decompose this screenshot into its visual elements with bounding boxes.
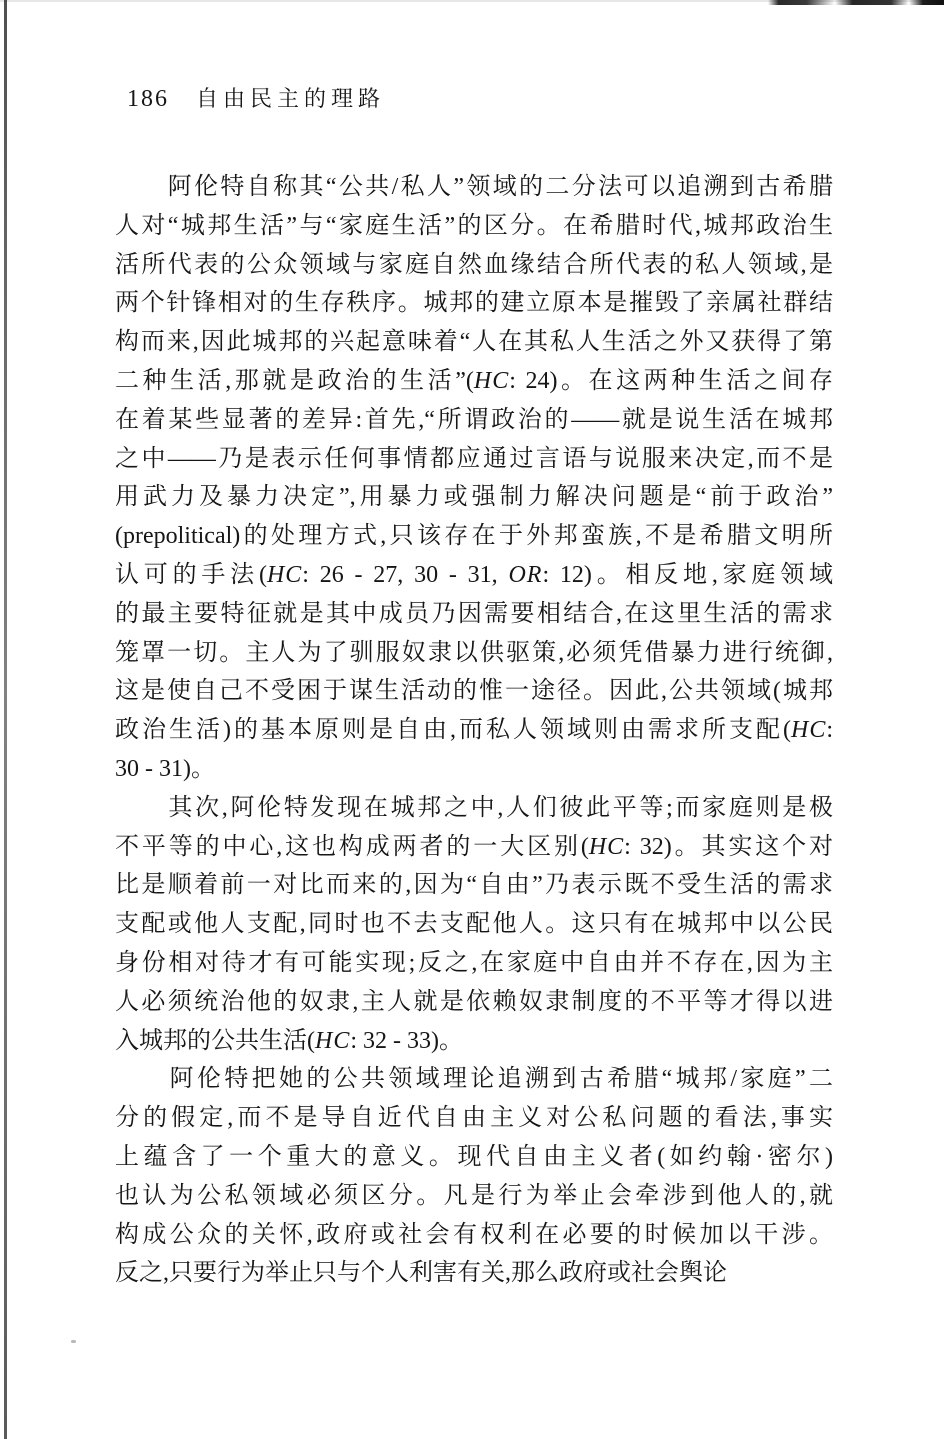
scan-smudge-top-right [768,0,944,5]
text-line: 活所代表的公众领域与家庭自然血缘结合所代表的私人领域,是 [115,246,833,285]
page-body: 阿伦特自称其“公共/私人”领域的二分法可以追溯到古希腊人对“城邦生活”与“家庭生… [115,168,833,1293]
scanned-book-page: 186 自由民主的理路 阿伦特自称其“公共/私人”领域的二分法可以追溯到古希腊人… [0,0,944,1439]
scan-speck [71,1340,76,1343]
citation-abbrev: HC [315,1028,350,1054]
text-line: 阿伦特把她的公共领域理论追溯到古希腊“城邦/家庭”二 [115,1060,833,1099]
text-line: 支配或他人支配,同时也不去支配他人。这只有在城邦中以公民 [115,905,833,944]
page-number: 186 [127,86,169,113]
text-line: 两个针锋相对的生存秩序。城邦的建立原本是摧毁了亲属社群结 [115,284,833,323]
text-line: 二种生活,那就是政治的生活”(HC: 24)。在这两种生活之间存 [115,362,833,401]
text-line: 阿伦特自称其“公共/私人”领域的二分法可以追溯到古希腊 [115,168,833,207]
text-line: 用武力及暴力决定”,用暴力或强制力解决问题是“前于政治” [115,478,833,517]
text-line: 比是顺着前一对比而来的,因为“自由”乃表示既不受生活的需求 [115,866,833,905]
text-line: 人必须统治他的奴隶,主人就是依赖奴隶制度的不平等才得以进 [115,983,833,1022]
citation-abbrev: HC [267,562,302,588]
text-line: 这是使自己不受困于谋生活动的惟一途径。因此,公共领域(城邦 [115,672,833,711]
citation-abbrev: OR [508,562,542,588]
text-line: 不平等的中心,这也构成两者的一大区别(HC: 32)。其实这个对 [115,828,833,867]
text-line: 政治生活)的基本原则是自由,而私人领域则由需求所支配(HC: [115,711,833,750]
citation-abbrev: HC [474,368,509,394]
text-line: 分的假定,而不是导自近代自由主义对公私问题的看法,事实 [115,1099,833,1138]
text-line: 在着某些显著的差异:首先,“所谓政治的——就是说生活在城邦 [115,401,833,440]
text-line: 认可的手法(HC: 26 - 27, 30 - 31, OR: 12)。相反地,… [115,556,833,595]
text-line: 笼罩一切。主人为了驯服奴隶以供驱策,必须凭借暴力进行统御, [115,634,833,673]
text-line: 的最主要特征就是其中成员乃因需要相结合,在这里生活的需求 [115,595,833,634]
text-line: 构成公众的关怀,政府或社会有权利在必要的时候加以干涉。 [115,1216,833,1255]
running-head: 186 自由民主的理路 [127,82,385,113]
text-line: (prepolitical)的处理方式,只该存在于外邦蛮族,不是希腊文明所 [115,517,833,556]
text-line: 人对“城邦生活”与“家庭生活”的区分。在希腊时代,城邦政治生 [115,207,833,246]
text-line: 之中——乃是表示任何事情都应通过言语与说服来决定,而不是 [115,440,833,479]
text-line: 入城邦的公共生活(HC: 32 - 33)。 [115,1022,833,1061]
citation-abbrev: HC [791,717,826,743]
text-line: 反之,只要行为举止只与个人利害有关,那么政府或社会舆论 [115,1254,833,1293]
text-line: 身份相对待才有可能实现;反之,在家庭中自由并不存在,因为主 [115,944,833,983]
text-line: 其次,阿伦特发现在城邦之中,人们彼此平等;而家庭则是极 [115,789,833,828]
citation-abbrev: HC [589,834,624,860]
book-title: 自由民主的理路 [196,82,385,113]
text-line: 构而来,因此城邦的兴起意味着“人在其私人生活之外又获得了第 [115,323,833,362]
text-line: 30 - 31)。 [115,750,833,789]
text-line: 上蕴含了一个重大的意义。现代自由主义者(如约翰·密尔) [115,1138,833,1177]
scan-left-edge-line [4,0,7,1439]
text-line: 也认为公私领域必须区分。凡是行为举止会牵涉到他人的,就 [115,1177,833,1216]
